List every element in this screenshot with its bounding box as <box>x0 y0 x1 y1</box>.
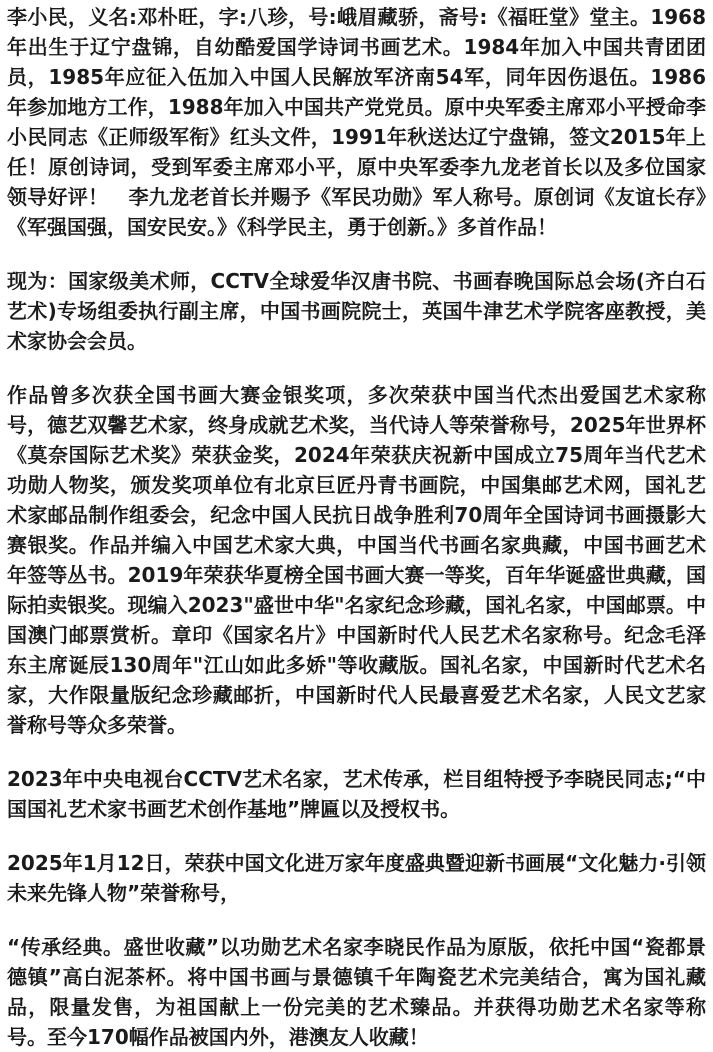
paragraph-bio-intro: 李小民，义名:邓朴旺，字:八珍，号:峨眉藏骄，斋号:《福旺堂》堂主。1968年出… <box>7 2 706 242</box>
paragraph-current-positions: 现为：国家级美术师，CCTV全球爱华汉唐书院、书画春晚国际总会场(齐白石艺术)专… <box>7 266 706 356</box>
paragraph-cctv-2023: 2023年中央电视台CCTV艺术名家，艺术传承，栏目组特授予李晓民同志;“中国国… <box>7 764 706 824</box>
biography-document: 李小民，义名:邓朴旺，字:八珍，号:峨眉藏骄，斋号:《福旺堂》堂主。1968年出… <box>0 0 713 1052</box>
paragraph-porcelain-collection: “传承经典。盛世收藏”以功勋艺术名家李晓民作品为原版，依托中国“瓷都景德镇”高白… <box>7 932 706 1052</box>
paragraph-awards-honors: 作品曾多次获全国书画大赛金银奖项，多次荣获中国当代杰出爱国艺术家称号，德艺双馨艺… <box>7 380 706 740</box>
paragraph-2025-honor: 2025年1月12日，荣获中国文化进万家年度盛典暨迎新书画展“文化魅力·引领未来… <box>7 848 706 908</box>
